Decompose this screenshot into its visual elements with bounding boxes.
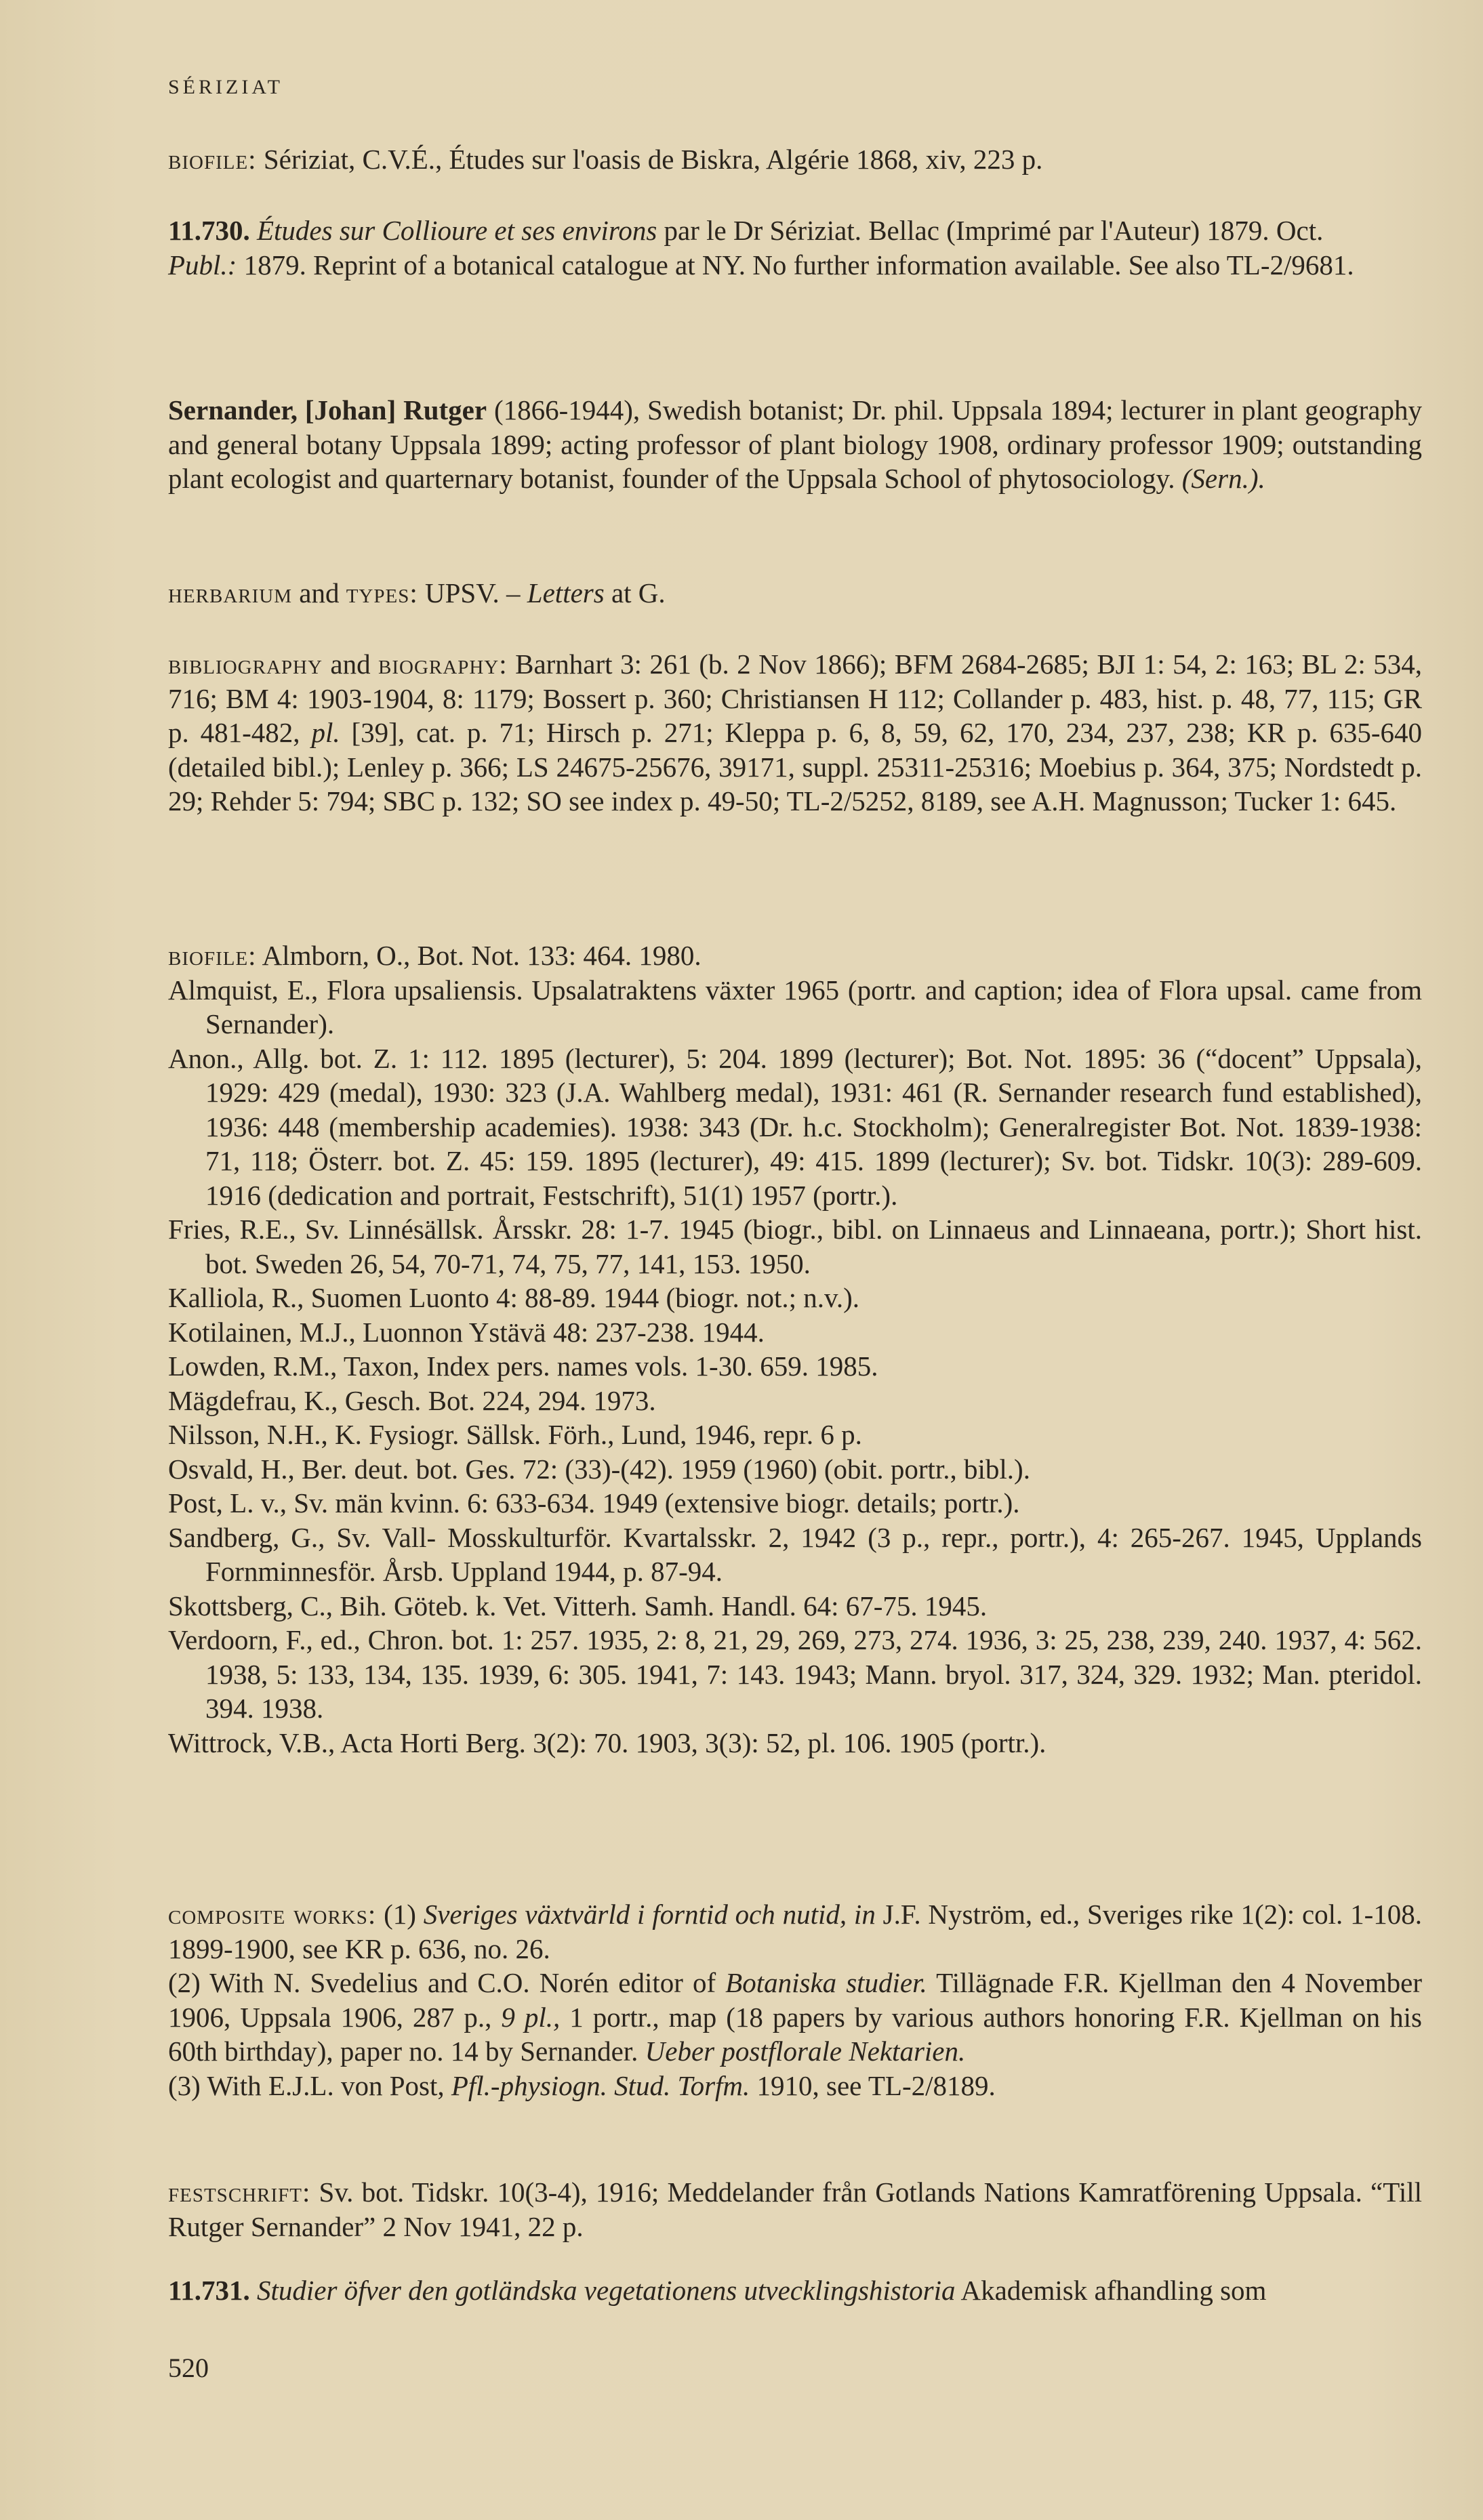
biofile-entry: Kotilainen, M.J., Luonnon Ystävä 48: 237…: [168, 1315, 1422, 1350]
person-name: Sernander, [Johan] Rutger: [168, 394, 487, 426]
entry-11730: 11.730. Études sur Collioure et ses envi…: [168, 213, 1422, 282]
sernander-bio: Sernander, [Johan] Rutger (1866-1944), S…: [168, 393, 1422, 496]
item-number: (1): [384, 1899, 416, 1930]
herbarium-text: UPSV. –: [425, 577, 527, 608]
biofile-text: Sériziat, C.V.É., Études sur l'oasis de …: [264, 144, 1043, 175]
publ-text: 1879. Reprint of a botanical catalogue a…: [244, 249, 1354, 281]
section-label: herbarium: [168, 577, 292, 608]
biofile-entry: Nilsson, N.H., K. Fysiogr. Sällsk. Förh.…: [168, 1418, 1422, 1452]
label-conjunction: and: [330, 648, 370, 680]
composite-works-section: composite works: (1) Sveriges växtvärld …: [168, 1897, 1422, 2103]
page-number: 520: [168, 2351, 209, 2386]
bibliography-text: [39], cat. p. 71; Hirsch p. 271; Kleppa …: [168, 717, 1422, 817]
entry-11731: 11.731. Studier öfver den gotländska veg…: [168, 2273, 1422, 2308]
work-text: (2) With N. Svedelius and C.O. Norén edi…: [168, 1967, 716, 1998]
biofile-entry: Sandberg, G., Sv. Vall- Mosskulturför. K…: [168, 1521, 1422, 1589]
section-label: festschrift:: [168, 2176, 310, 2208]
biofile-entry: Mägdefrau, K., Gesch. Bot. 224, 294. 197…: [168, 1384, 1422, 1418]
section-label: biography:: [378, 648, 508, 680]
letters-label: Letters: [527, 577, 605, 608]
seriziat-biofile: biofile: Sériziat, C.V.É., Études sur l'…: [168, 142, 1422, 177]
biofile-entry: Lowden, R.M., Taxon, Index pers. names v…: [168, 1349, 1422, 1384]
biofile-entry: Anon., Allg. bot. Z. 1: 112. 1895 (lectu…: [168, 1041, 1422, 1213]
author-abbrev: (Sern.).: [1182, 463, 1265, 494]
entry-number: 11.731.: [168, 2275, 250, 2306]
section-label: types:: [346, 577, 418, 608]
biofile-entry: Verdoorn, F., ed., Chron. bot. 1: 257. 1…: [168, 1623, 1422, 1726]
work-text: 1910, see TL-2/8189.: [757, 2070, 996, 2101]
section-label: bibliography: [168, 648, 323, 680]
section-label: biofile:: [168, 144, 257, 175]
biofile-entry: Almborn, O., Bot. Not. 133: 464. 1980.: [262, 940, 702, 971]
festschrift-section: festschrift: Sv. bot. Tidskr. 10(3-4), 1…: [168, 2175, 1422, 2244]
entry-number: 11.730.: [168, 215, 250, 246]
biofile-entry: Kalliola, R., Suomen Luonto 4: 88-89. 19…: [168, 1281, 1422, 1315]
entry-title: Studier öfver den gotländska vegetatione…: [257, 2275, 956, 2306]
section-label: composite works:: [168, 1899, 376, 1930]
paper-title: Ueber postflorale Nektarien.: [645, 2036, 966, 2067]
label-conjunction: and: [299, 577, 339, 608]
work-title: Sveriges växtvärld i forntid och nutid, …: [424, 1899, 876, 1930]
entry-title: Études sur Collioure et ses environs: [257, 215, 657, 246]
biofile-entry: Almquist, E., Flora upsaliensis. Upsalat…: [168, 973, 1422, 1041]
entry-text: Akademisk afhandling som: [961, 2275, 1267, 2306]
entry-text: par le Dr Sériziat. Bellac (Imprimé par …: [664, 215, 1324, 246]
biofile-entry: Osvald, H., Ber. deut. bot. Ges. 72: (33…: [168, 1452, 1422, 1487]
herbarium-section: herbarium and types: UPSV. – Letters at …: [168, 576, 1422, 611]
biofile-entry: Post, L. v., Sv. män kvinn. 6: 633-634. …: [168, 1486, 1422, 1521]
biofile-entry: Skottsberg, C., Bih. Göteb. k. Vet. Vitt…: [168, 1589, 1422, 1624]
plate-abbrev: 9 pl.,: [501, 2002, 560, 2033]
biofile-entry: Wittrock, V.B., Acta Horti Berg. 3(2): 7…: [168, 1726, 1422, 1760]
work-text: (3) With E.J.L. von Post,: [168, 2070, 445, 2101]
work-title: Pfl.-physiogn. Stud. Torfm.: [451, 2070, 750, 2101]
biofile-entry: Fries, R.E., Sv. Linnésällsk. Årsskr. 28…: [168, 1212, 1422, 1281]
publ-label: Publ.:: [168, 249, 237, 281]
plate-abbrev: pl.: [311, 717, 340, 748]
sernander-biofile: biofile: Almborn, O., Bot. Not. 133: 464…: [168, 938, 1422, 1760]
festschrift-text: Sv. bot. Tidskr. 10(3-4), 1916; Meddelan…: [168, 2176, 1422, 2242]
work-title: Botaniska studier.: [725, 1967, 927, 1998]
herbarium-tail: at G.: [605, 577, 666, 608]
bibliography-section: bibliography and biography: Barnhart 3: …: [168, 647, 1422, 819]
running-head: SÉRIZIAT: [168, 70, 283, 105]
section-label: biofile:: [168, 940, 257, 971]
